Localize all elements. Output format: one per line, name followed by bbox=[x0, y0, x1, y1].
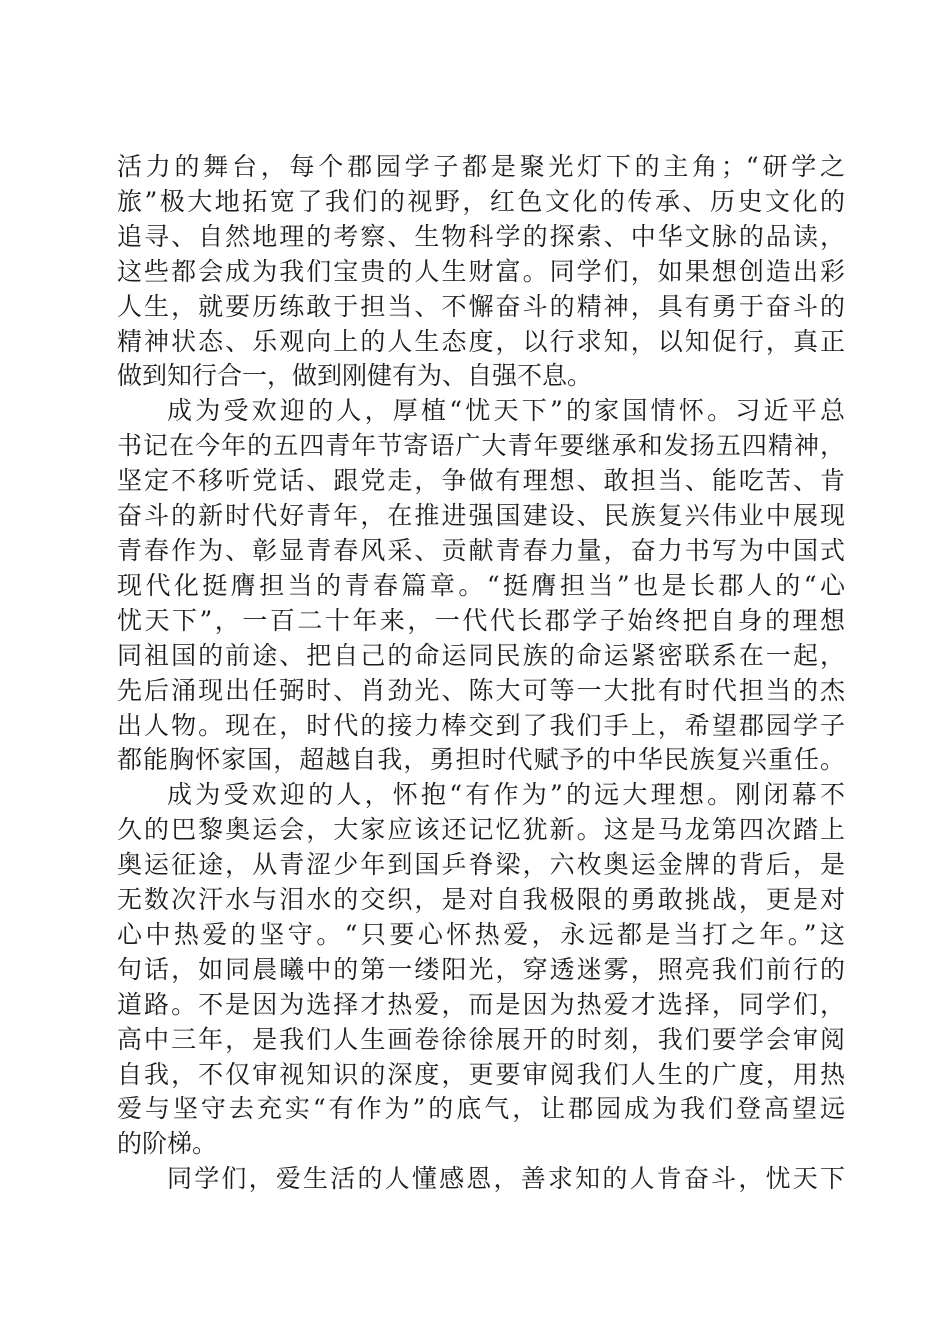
text-line: 成为受欢迎的人，怀抱“有作为”的远大理想。刚闭幕不 bbox=[117, 778, 845, 813]
text-line: 奥运征途，从青涩少年到国乒脊梁，六枚奥运金牌的背后，是 bbox=[117, 848, 845, 883]
text-line: 现代化挺膺担当的青春篇章。“挺膺担当”也是长郡人的“心 bbox=[117, 569, 845, 604]
text-line: 都能胸怀家国，超越自我，勇担时代赋予的中华民族复兴重任。 bbox=[117, 743, 845, 778]
text-line: 出人物。现在，时代的接力棒交到了我们手上，希望郡园学子 bbox=[117, 709, 845, 744]
text-line: 这些都会成为我们宝贵的人生财富。同学们，如果想创造出彩 bbox=[117, 255, 845, 290]
text-line: 久的巴黎奥运会，大家应该还记忆犹新。这是马龙第四次踏上 bbox=[117, 813, 845, 848]
paragraph: 同学们，爱生活的人懂感恩，善求知的人肯奋斗，忧天下 bbox=[117, 1162, 845, 1197]
paragraph: 活力的舞台，每个郡园学子都是聚光灯下的主角；“研学之旅”极大地拓宽了我们的视野，… bbox=[117, 150, 845, 394]
text-line: 精神状态、乐观向上的人生态度，以行求知，以知促行，真正 bbox=[117, 325, 845, 360]
text-line: 奋斗的新时代好青年，在推进强国建设、民族复兴伟业中展现 bbox=[117, 499, 845, 534]
text-line: 成为受欢迎的人，厚植“忧天下”的家国情怀。习近平总 bbox=[117, 394, 845, 429]
paragraph: 成为受欢迎的人，厚植“忧天下”的家国情怀。习近平总书记在今年的五四青年节寄语广大… bbox=[117, 394, 845, 778]
text-line: 坚定不移听党话、跟党走，争做有理想、敢担当、能吃苦、肯 bbox=[117, 464, 845, 499]
text-line: 旅”极大地拓宽了我们的视野，红色文化的传承、历史文化的 bbox=[117, 185, 845, 220]
text-line: 青春作为、彰显青春风采、贡献青春力量，奋力书写为中国式 bbox=[117, 534, 845, 569]
text-line: 同学们，爱生活的人懂感恩，善求知的人肯奋斗，忧天下 bbox=[117, 1162, 845, 1197]
text-line: 的阶梯。 bbox=[117, 1127, 845, 1162]
text-line: 活力的舞台，每个郡园学子都是聚光灯下的主角；“研学之 bbox=[117, 150, 845, 185]
text-line: 做到知行合一，做到刚健有为、自强不息。 bbox=[117, 359, 845, 394]
document-body: 活力的舞台，每个郡园学子都是聚光灯下的主角；“研学之旅”极大地拓宽了我们的视野，… bbox=[117, 150, 845, 1197]
text-line: 忧天下”，一百二十年来，一代代长郡学子始终把自身的理想 bbox=[117, 604, 845, 639]
paragraph: 成为受欢迎的人，怀抱“有作为”的远大理想。刚闭幕不久的巴黎奥运会，大家应该还记忆… bbox=[117, 778, 845, 1162]
text-line: 无数次汗水与泪水的交织，是对自我极限的勇敢挑战，更是对 bbox=[117, 883, 845, 918]
text-line: 先后涌现出任弼时、肖劲光、陈大可等一大批有时代担当的杰 bbox=[117, 674, 845, 709]
text-line: 心中热爱的坚守。“只要心怀热爱，永远都是当打之年。”这 bbox=[117, 918, 845, 953]
text-line: 道路。不是因为选择才热爱，而是因为热爱才选择，同学们， bbox=[117, 988, 845, 1023]
text-line: 爱与坚守去充实“有作为”的底气，让郡园成为我们登高望远 bbox=[117, 1092, 845, 1127]
text-line: 书记在今年的五四青年节寄语广大青年要继承和发扬五四精神， bbox=[117, 429, 845, 464]
text-line: 同祖国的前途、把自己的命运同民族的命运紧密联系在一起， bbox=[117, 639, 845, 674]
text-line: 追寻、自然地理的考察、生物科学的探索、中华文脉的品读， bbox=[117, 220, 845, 255]
text-line: 人生，就要历练敢于担当、不懈奋斗的精神，具有勇于奋斗的 bbox=[117, 290, 845, 325]
document-page: 活力的舞台，每个郡园学子都是聚光灯下的主角；“研学之旅”极大地拓宽了我们的视野，… bbox=[0, 0, 950, 1344]
text-line: 句话，如同晨曦中的第一缕阳光，穿透迷雾，照亮我们前行的 bbox=[117, 953, 845, 988]
text-line: 高中三年，是我们人生画卷徐徐展开的时刻，我们要学会审阅 bbox=[117, 1023, 845, 1058]
text-line: 自我，不仅审视知识的深度，更要审阅我们人生的广度，用热 bbox=[117, 1058, 845, 1093]
